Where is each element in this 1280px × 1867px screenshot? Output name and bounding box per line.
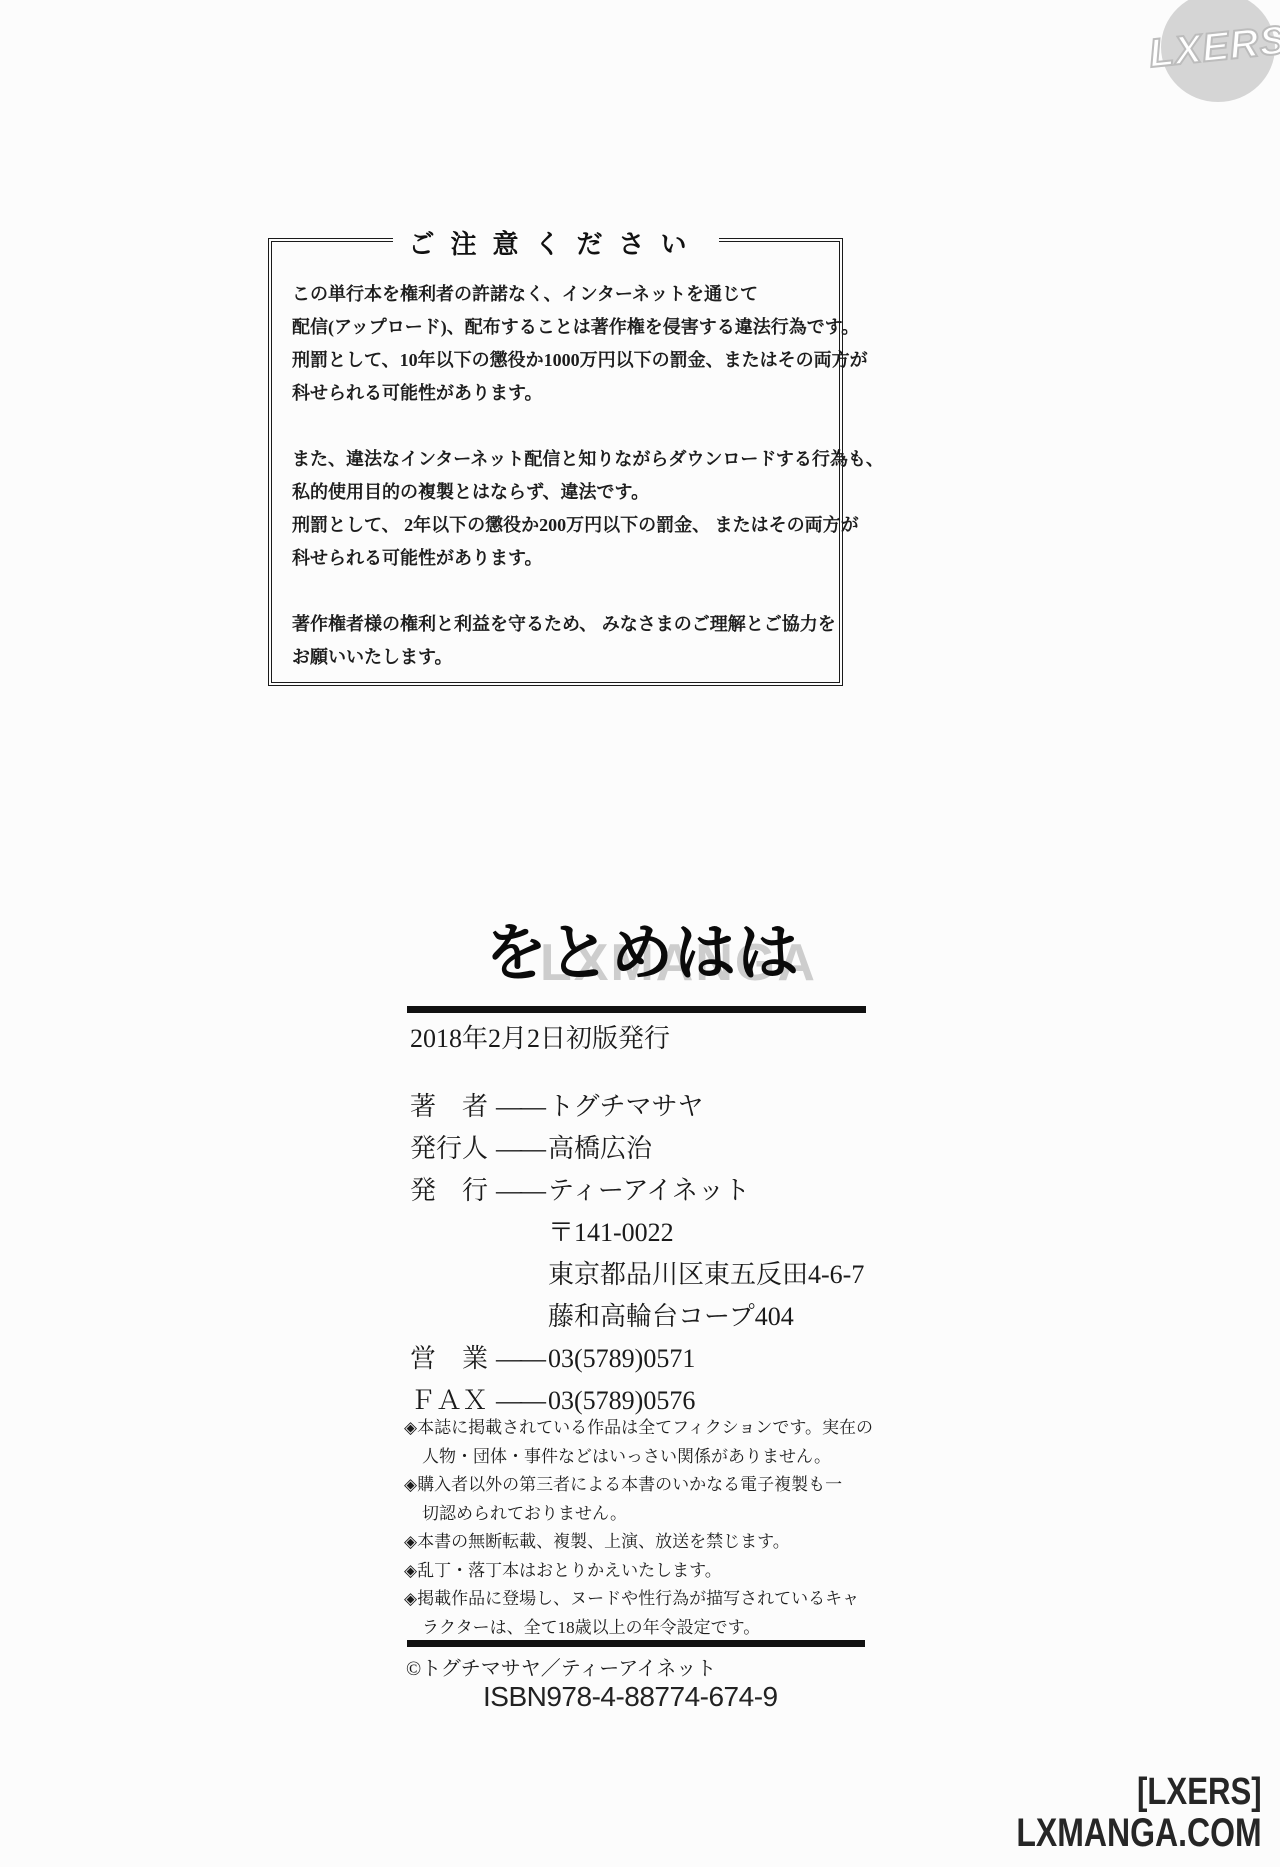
notice-paragraph-2: また、違法なインターネット配信と知りながらダウンロードする行為も、 私的使用目的…: [292, 443, 825, 575]
colophon-label: 発 行: [410, 1170, 488, 1212]
address-line-building: 藤和高輪台コープ404: [410, 1296, 930, 1338]
colophon-row-publisher-person: 発行人——高橋広治: [410, 1128, 930, 1170]
footer-watermark-lxers: [LXERS]: [1011, 1772, 1262, 1812]
colophon-block: 著 者——トグチマサヤ 発行人——高橋広治 発 行——ティーアイネット 〒141…: [410, 1086, 930, 1422]
footer-watermark: [LXERS] LXMANGA.COM: [955, 1772, 1262, 1854]
footer-watermark-lxmanga: LXMANGA.COM: [1017, 1812, 1262, 1854]
isbn: ISBN978-4-88774-674-9: [483, 1681, 778, 1713]
copyright-notice-box: ご注意ください この単行本を権利者の許諾なく、インターネットを通じて 配信(アッ…: [268, 238, 843, 686]
colophon-dash: ——: [488, 1338, 548, 1380]
notice-line: 刑罰として、 2年以下の懲役か200万円以下の罰金、 またはその両方が: [292, 509, 825, 542]
lxers-logo-text: LXERS: [1147, 17, 1280, 76]
colophon-value: ティーアイネット: [548, 1176, 750, 1205]
note-line: ◈購入者以外の第三者による本書のいかなる電子複製も一: [404, 1471, 874, 1500]
notice-line: 著作権者様の権利と利益を守るため、 みなさまのご理解とご協力を: [292, 608, 825, 641]
notice-line: 刑罰として、10年以下の懲役か1000万円以下の罰金、またはその両方が: [292, 344, 825, 377]
address-line-street: 東京都品川区東五反田4-6-7: [410, 1254, 930, 1296]
colophon-value: 高橋広治: [548, 1134, 652, 1163]
notice-line: 科せられる可能性があります。: [292, 542, 825, 575]
notice-line: この単行本を権利者の許諾なく、インターネットを通じて: [292, 278, 825, 311]
title-rule: [407, 1006, 866, 1013]
address-line-postal: 〒141-0022: [410, 1212, 930, 1254]
note-line: 人物・団体・事件などはいっさい関係がありません。: [404, 1443, 874, 1472]
copyright-line: ©トグチマサヤ／ティーアイネット: [406, 1652, 716, 1681]
colophon-row-author: 著 者——トグチマサヤ: [410, 1086, 930, 1128]
colophon-label: 営 業: [410, 1338, 488, 1380]
scanned-colophon-page: LXERS ご注意ください この単行本を権利者の許諾なく、インターネットを通じて…: [0, 0, 1280, 1867]
colophon-dash: ——: [488, 1170, 548, 1212]
notice-paragraph-1: この単行本を権利者の許諾なく、インターネットを通じて 配信(アップロード)、配布…: [292, 278, 825, 410]
colophon-row-sales-phone: 営 業——03(5789)0571: [410, 1338, 930, 1380]
lxers-logo-badge: LXERS: [1161, 0, 1275, 102]
notice-line: 科せられる可能性があります。: [292, 377, 825, 410]
notice-line: また、違法なインターネット配信と知りながらダウンロードする行為も、: [292, 443, 825, 476]
note-line: ◈本誌に掲載されている作品は全てフィクションです。実在の: [404, 1414, 874, 1443]
notice-heading: ご注意ください: [392, 224, 718, 261]
notice-paragraph-3: 著作権者様の権利と利益を守るため、 みなさまのご理解とご協力を お願いいたします…: [292, 608, 825, 674]
note-line: 切認められておりません。: [404, 1500, 874, 1529]
notice-line: お願いいたします。: [292, 641, 825, 674]
notice-line: 配信(アップロード)、配布することは著作権を侵害する違法行為です。: [292, 311, 825, 344]
colophon-label: 発行人: [410, 1128, 488, 1170]
colophon-value: 03(5789)0576: [548, 1386, 695, 1415]
book-title: をとめはは: [485, 903, 800, 992]
colophon-dash: ——: [488, 1128, 548, 1170]
notice-line: 私的使用目的の複製とはならず、違法です。: [292, 476, 825, 509]
edition-date: 2018年2月2日初版発行: [410, 1018, 670, 1055]
colophon-label: 著 者: [410, 1086, 488, 1128]
colophon-value: 03(5789)0571: [548, 1344, 695, 1373]
colophon-value: トグチマサヤ: [548, 1092, 703, 1121]
colophon-row-publisher: 発 行——ティーアイネット: [410, 1170, 930, 1212]
note-line: ◈掲載作品に登場し、ヌードや性行為が描写されているキャ: [404, 1585, 874, 1614]
note-line: ラクターは、全て18歳以上の年令設定です。: [404, 1614, 874, 1643]
legal-notes-block: ◈本誌に掲載されている作品は全てフィクションです。実在の 人物・団体・事件などは…: [404, 1414, 874, 1642]
note-line: ◈本書の無断転載、複製、上演、放送を禁じます。: [404, 1528, 874, 1557]
colophon-dash: ——: [488, 1086, 548, 1128]
note-line: ◈乱丁・落丁本はおとりかえいたします。: [404, 1557, 874, 1586]
notice-body: この単行本を権利者の許諾なく、インターネットを通じて 配信(アップロード)、配布…: [272, 242, 839, 674]
bottom-rule: [407, 1640, 865, 1647]
